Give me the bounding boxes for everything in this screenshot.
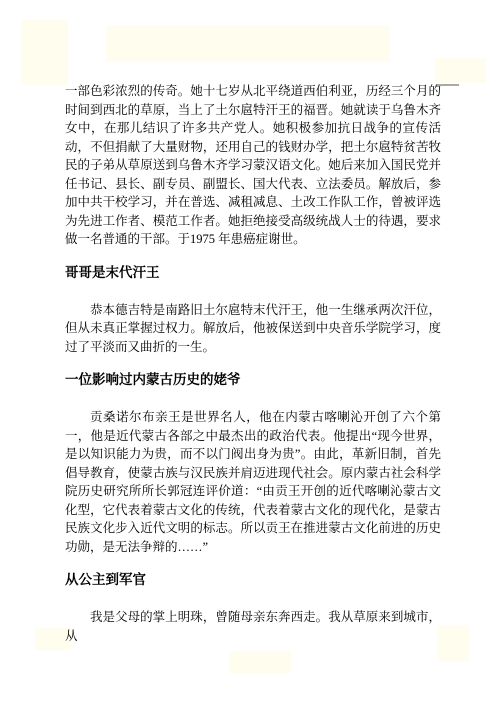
section-paragraph-grandfather-history: 贡桑诺尔布亲王是世界名人，他在内蒙古喀喇沁开创了六个第一，他是近代蒙古各部之中最…	[65, 408, 441, 556]
scan-artifact-patch	[22, 20, 68, 85]
section-heading-grandfather-history: 一位影响过内蒙古历史的姥爷	[65, 372, 441, 387]
section-heading-princess-to-officer: 从公主到军官	[65, 572, 441, 587]
document-page: 一部色彩浓烈的传奇。她十七岁从北平绕道西伯利亚，历经三个月的时间到西北的草原，当…	[0, 0, 501, 711]
section-paragraph-princess-to-officer: 我是父母的掌上明珠，曾随母亲东奔西走。我从草原来到城市，从	[65, 608, 441, 645]
section-heading-brother-last-khan: 哥哥是末代汗王	[65, 265, 441, 280]
scan-artifact-patch	[230, 651, 291, 673]
section-paragraph-brother-last-khan: 恭本德吉特是南路旧土尔扈特末代汗王，他一生继承两次汗位，但从未真正掌握过权力。解…	[65, 301, 441, 357]
scan-artifact-patch	[106, 25, 390, 62]
scan-artifact-patch	[435, 58, 486, 83]
intro-paragraph: 一部色彩浓烈的传奇。她十七岁从北平绕道西伯利亚，历经三个月的时间到西北的草原，当…	[65, 82, 441, 249]
article-body: 一部色彩浓烈的传奇。她十七岁从北平绕道西伯利亚，历经三个月的时间到西北的草原，当…	[65, 82, 441, 645]
scan-artifact-patch	[438, 625, 469, 662]
